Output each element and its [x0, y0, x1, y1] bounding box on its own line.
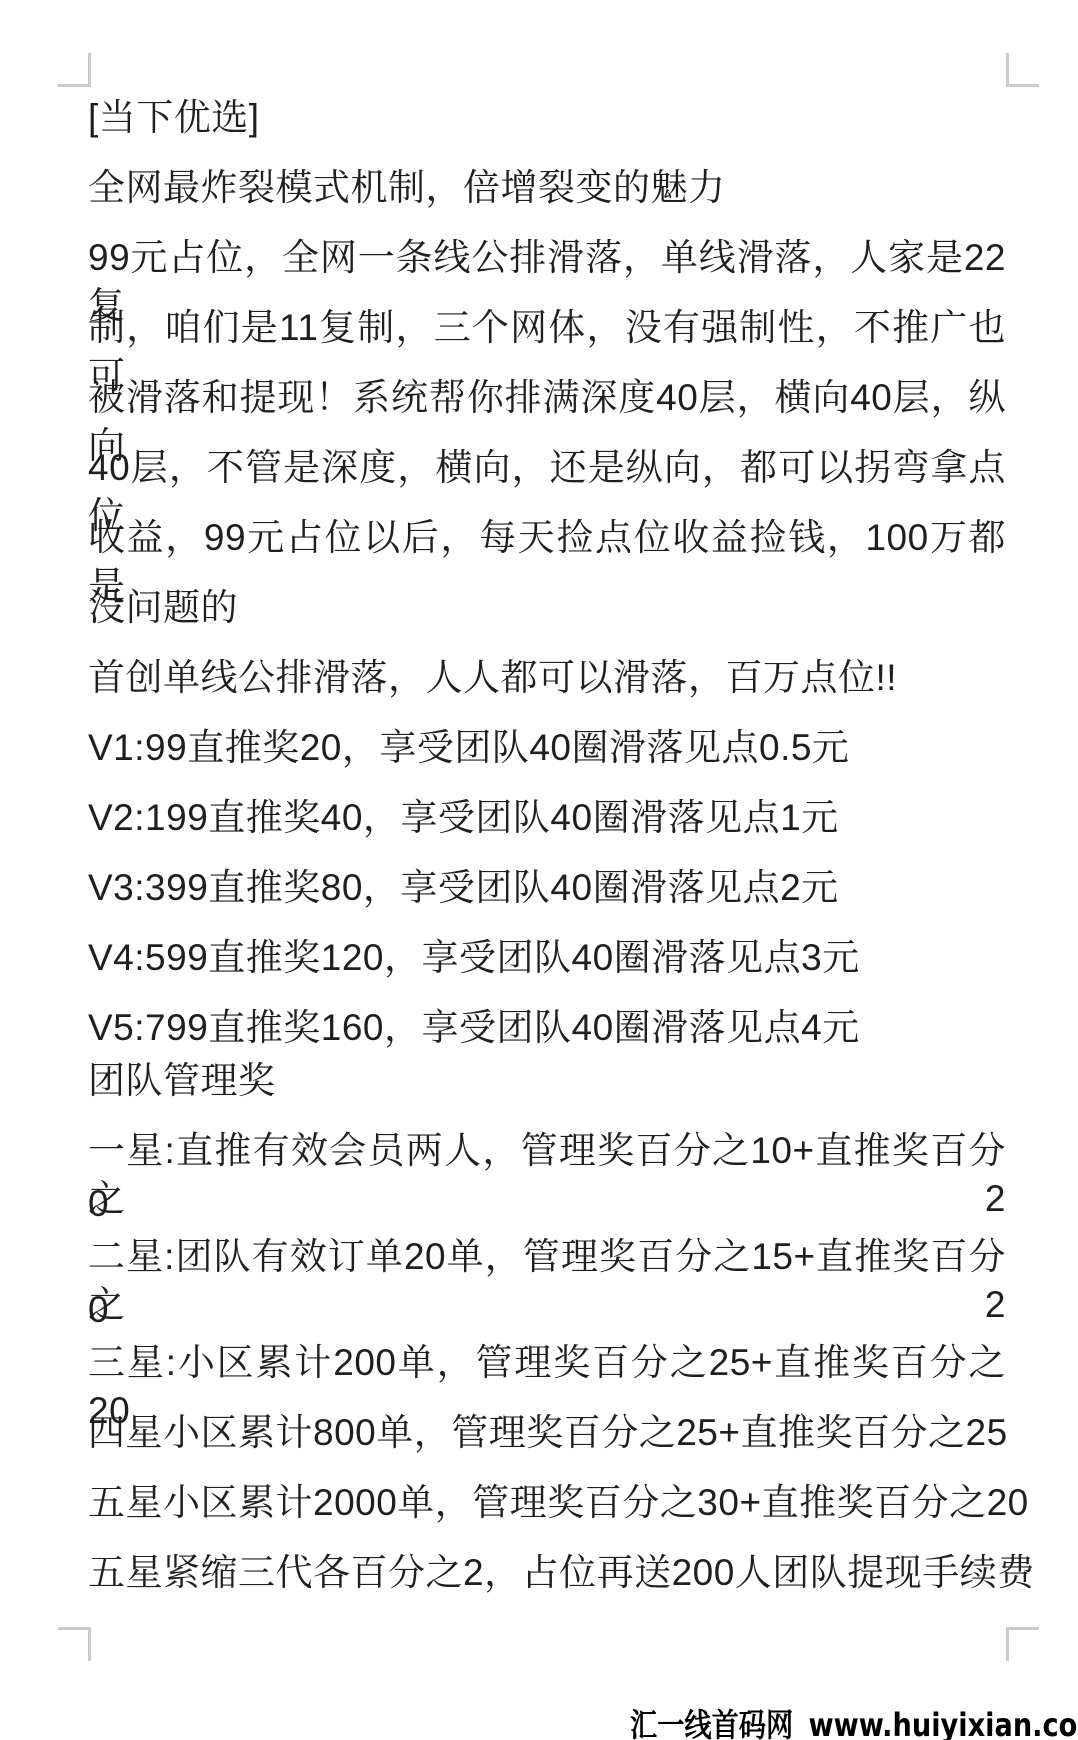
text-line: 二星:团队有效订单20单，管理奖百分之15+直推奖百分之2 [88, 1233, 1006, 1281]
document-text-area: [当下优选]全网最炸裂模式机制，倍增裂变的魅力99元占位，全网一条线公排滑落，单… [88, 94, 1006, 1597]
text-line: 四星小区累计800单，管理奖百分之25+直推奖百分之25 [88, 1409, 1006, 1457]
text-line: 五星紧缩三代各百分之2，占位再送200人团队提现手续费 [88, 1549, 1006, 1597]
watermark-site-url: www.huiyixian.com [809, 1706, 1078, 1740]
text-line: 40层，不管是深度，横向，还是纵向，都可以拐弯拿点位 [88, 444, 1006, 492]
text-line: 被滑落和提现！系统帮你排满深度40层，横向40层，纵向 [88, 374, 1006, 422]
text-line: 首创单线公排滑落，人人都可以滑落，百万点位!! [88, 654, 1006, 702]
page-margin-mark-top-right [1006, 53, 1039, 87]
text-line: V3:399直推奖80，享受团队40圈滑落见点2元 [88, 864, 1006, 912]
text-line: 制，咱们是11复制，三个网体，没有强制性，不推广也可 [88, 304, 1006, 352]
page-margin-mark-bottom-left [58, 1627, 91, 1661]
text-line: V1:99直推奖20，享受团队40圈滑落见点0.5元 [88, 724, 1006, 772]
text-line: V2:199直推奖40，享受团队40圈滑落见点1元 [88, 794, 1006, 842]
text-line: 收益，99元占位以后，每天捡点位收益捡钱，100万都是 [88, 514, 1006, 562]
page-margin-mark-bottom-right [1006, 1627, 1039, 1661]
page-margin-mark-top-left [58, 53, 91, 87]
watermark-site-name: 汇一线首码网 [630, 1706, 793, 1740]
watermark: 汇一线首码网www.huiyixian.com [630, 1700, 1078, 1740]
text-line: 99元占位，全网一条线公排滑落，单线滑落，人家是22复 [88, 234, 1006, 282]
text-line: V4:599直推奖120，享受团队40圈滑落见点3元 [88, 934, 1006, 982]
text-line: 全网最炸裂模式机制，倍增裂变的魅力 [88, 164, 1006, 212]
text-line: 团队管理奖 [88, 1057, 1006, 1105]
text-line: V5:799直推奖160，享受团队40圈滑落见点4元 [88, 1004, 1006, 1052]
text-line: 没问题的 [88, 584, 1006, 632]
text-line: 三星:小区累计200单，管理奖百分之25+直推奖百分之20 [88, 1339, 1006, 1387]
text-line: [当下优选] [88, 94, 1006, 142]
text-line: 五星小区累计2000单，管理奖百分之30+直推奖百分之20 [88, 1479, 1006, 1527]
text-line: 一星:直推有效会员两人，管理奖百分之10+直推奖百分之2 [88, 1127, 1006, 1175]
